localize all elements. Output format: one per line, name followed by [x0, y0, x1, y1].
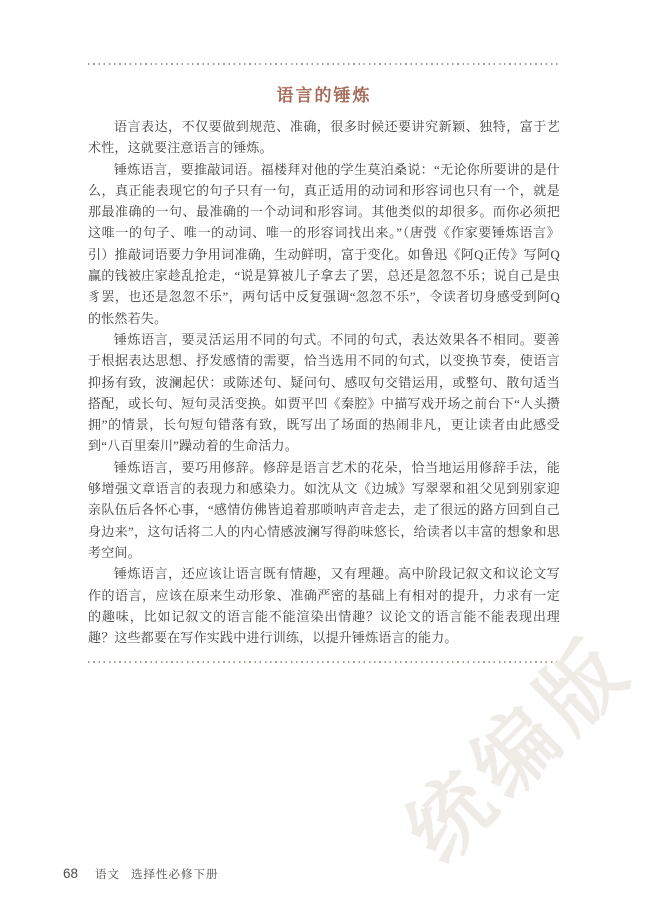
- page-footer: 68 语文 选择性必修下册: [63, 866, 219, 882]
- divider-top: [88, 63, 560, 65]
- footer-volume-label: 选择性必修下册: [131, 866, 219, 882]
- paragraph-interest: 锤炼语言，还应该让语言既有情趣，又有理趣。高中阶段记叙文和议论文写作的语言，应该…: [88, 563, 560, 648]
- page-title: 语言的锤炼: [88, 81, 560, 106]
- footer-subject-label: 语文: [95, 866, 120, 882]
- divider-bottom: [88, 661, 560, 663]
- paragraph-rhetoric: 锤炼语言，要巧用修辞。修辞是语言艺术的花朵，恰当地运用修辞手法，能够增强文章语言…: [88, 457, 560, 563]
- paragraph-sentence-patterns: 锤炼语言，要灵活运用不同的句式。不同的句式，表达效果各不相同。要善于根据表达思想…: [88, 329, 560, 457]
- textbook-page: 语言的锤炼 语言表达，不仅要做到规范、准确，很多时候还要讲究新颖、独特，富于艺术…: [0, 0, 647, 916]
- paragraph-word-choice: 锤炼语言，要推敲词语。福楼拜对他的学生莫泊桑说：“无论你所要讲的是什么，真正能表…: [88, 159, 560, 329]
- article-body: 语言表达，不仅要做到规范、准确，很多时候还要讲究新颖、独特，富于艺术性，这就要注…: [88, 116, 560, 648]
- page-content: 语言的锤炼 语言表达，不仅要做到规范、准确，很多时候还要讲究新颖、独特，富于艺术…: [88, 0, 560, 663]
- page-number: 68: [63, 866, 78, 881]
- paragraph-intro: 语言表达，不仅要做到规范、准确，很多时候还要讲究新颖、独特，富于艺术性，这就要注…: [88, 116, 560, 159]
